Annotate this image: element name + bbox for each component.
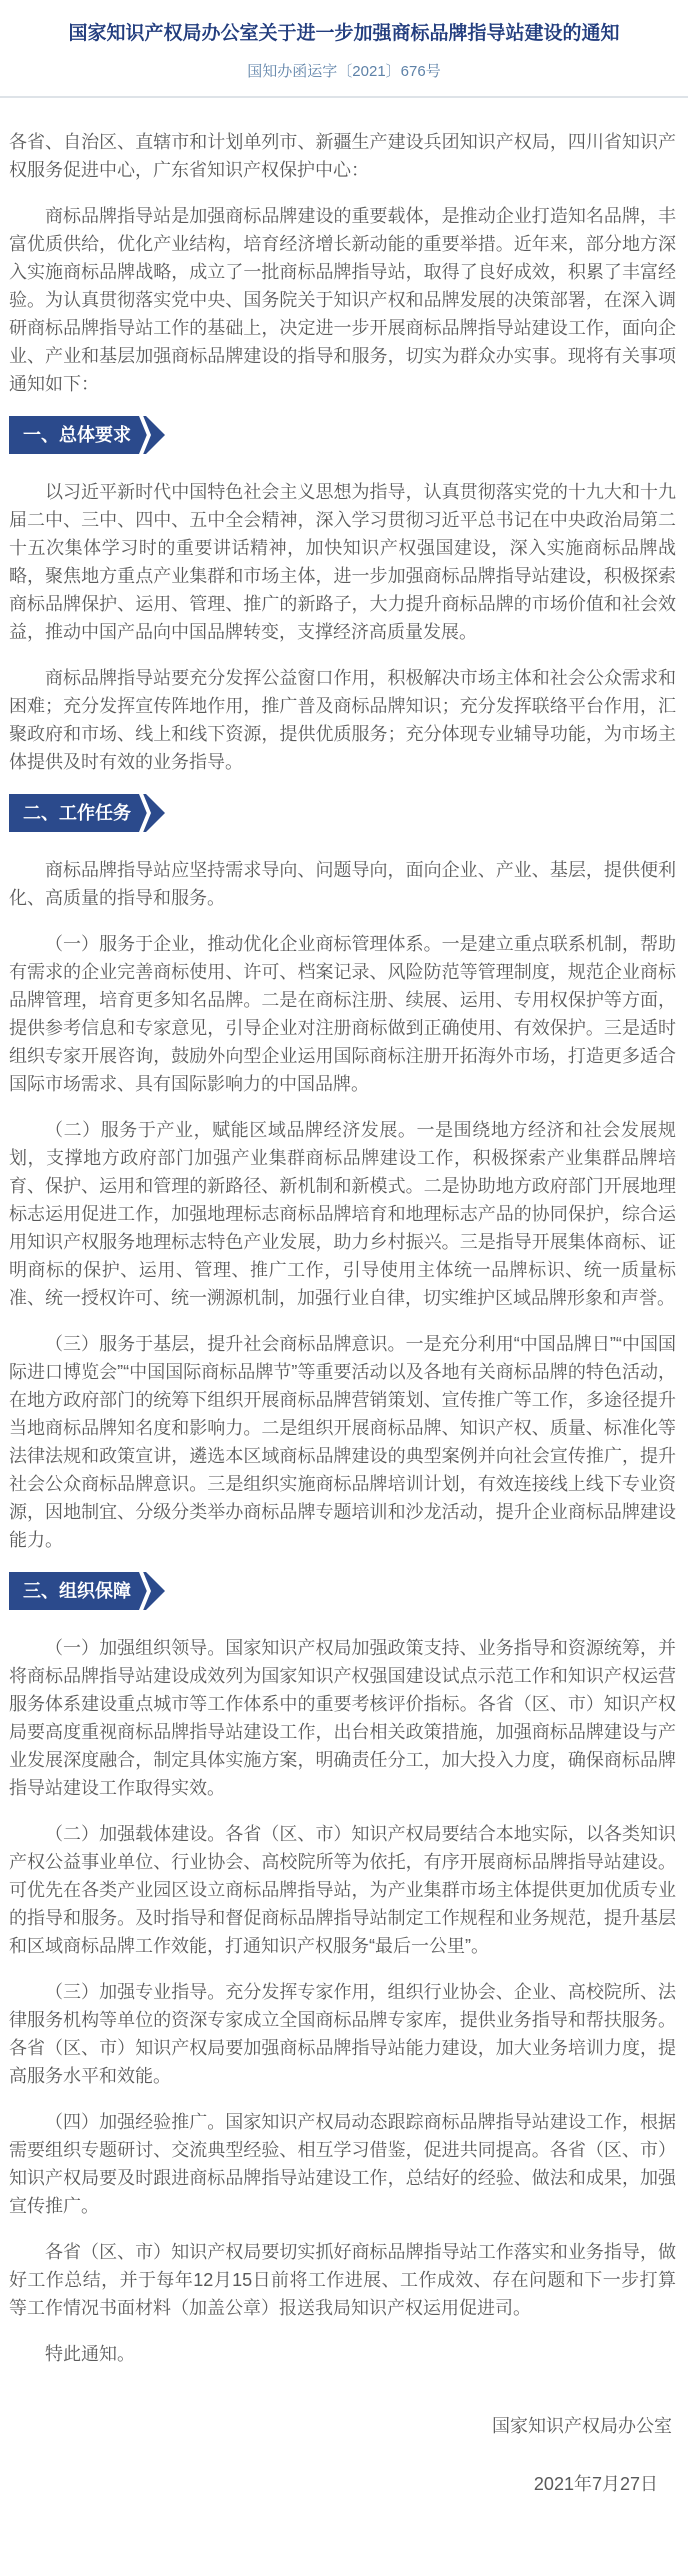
section-heading-banner: 一、总体要求 bbox=[9, 416, 165, 454]
section-paragraph: 商标品牌指导站应坚持需求导向、问题导向，面向企业、产业、基层，提供便利化、高质量… bbox=[9, 856, 676, 912]
section-paragraph: （一）服务于企业，推动优化企业商标管理体系。一是建立重点联系机制，帮助有需求的企… bbox=[9, 930, 676, 1098]
section-paragraph: （一）加强组织领导。国家知识产权局加强政策支持、业务指导和资源统筹，并将商标品牌… bbox=[9, 1634, 676, 1802]
document-body: 各省、自治区、直辖市和计划单列市、新疆生产建设兵团知识产权局，四川省知识产权服务… bbox=[0, 98, 688, 2368]
section-heading-row: 一、总体要求 bbox=[9, 416, 676, 454]
date-line: 2021年7月27日 bbox=[0, 2470, 658, 2498]
section-paragraph: （三）加强专业指导。充分发挥专家作用，组织行业协会、企业、高校院所、法律服务机构… bbox=[9, 1978, 676, 2090]
notice-page: 国家知识产权局办公室关于进一步加强商标品牌指导站建设的通知 国知办函运字〔202… bbox=[0, 0, 688, 2561]
chevron-icon bbox=[139, 1572, 151, 1610]
page-title: 国家知识产权局办公室关于进一步加强商标品牌指导站建设的通知 bbox=[0, 0, 688, 47]
section-paragraph: （三）服务于基层，提升社会商标品牌意识。一是充分利用“中国品牌日”“中国国际进口… bbox=[9, 1330, 676, 1554]
intro-paragraph: 商标品牌指导站是加强商标品牌建设的重要载体，是推动企业打造知名品牌，丰富优质供给… bbox=[9, 202, 676, 398]
salutation: 各省、自治区、直辖市和计划单列市、新疆生产建设兵团知识产权局，四川省知识产权服务… bbox=[9, 128, 676, 184]
section-paragraph: （二）服务于产业，赋能区域品牌经济发展。一是围绕地方经济和社会发展规划，支撑地方… bbox=[9, 1116, 676, 1312]
doc-number: 国知办函运字〔2021〕676号 bbox=[0, 60, 688, 81]
section-heading-banner: 二、工作任务 bbox=[9, 794, 165, 832]
signature-line: 国家知识产权局办公室 bbox=[0, 2412, 672, 2440]
section-heading-row: 二、工作任务 bbox=[9, 794, 676, 832]
chevron-icon bbox=[139, 794, 151, 832]
section-paragraph: 商标品牌指导站要充分发挥公益窗口作用，积极解决市场主体和社会公众需求和困难；充分… bbox=[9, 664, 676, 776]
chevron-icon bbox=[139, 416, 151, 454]
section-heading-banner: 三、组织保障 bbox=[9, 1572, 165, 1610]
section-paragraph: （四）加强经验推广。国家知识产权局动态跟踪商标品牌指导站建设工作，根据需要组织专… bbox=[9, 2108, 676, 2220]
section-paragraph: （二）加强载体建设。各省（区、市）知识产权局要结合本地实际，以各类知识产权公益事… bbox=[9, 1820, 676, 1960]
closing-paragraph: 各省（区、市）知识产权局要切实抓好商标品牌指导站工作落实和业务指导，做好工作总结… bbox=[9, 2238, 676, 2322]
section-heading-row: 三、组织保障 bbox=[9, 1572, 676, 1610]
closing-paragraph: 特此通知。 bbox=[9, 2340, 676, 2368]
section-paragraph: 以习近平新时代中国特色社会主义思想为指导，认真贯彻落实党的十九大和十九届二中、三… bbox=[9, 478, 676, 646]
